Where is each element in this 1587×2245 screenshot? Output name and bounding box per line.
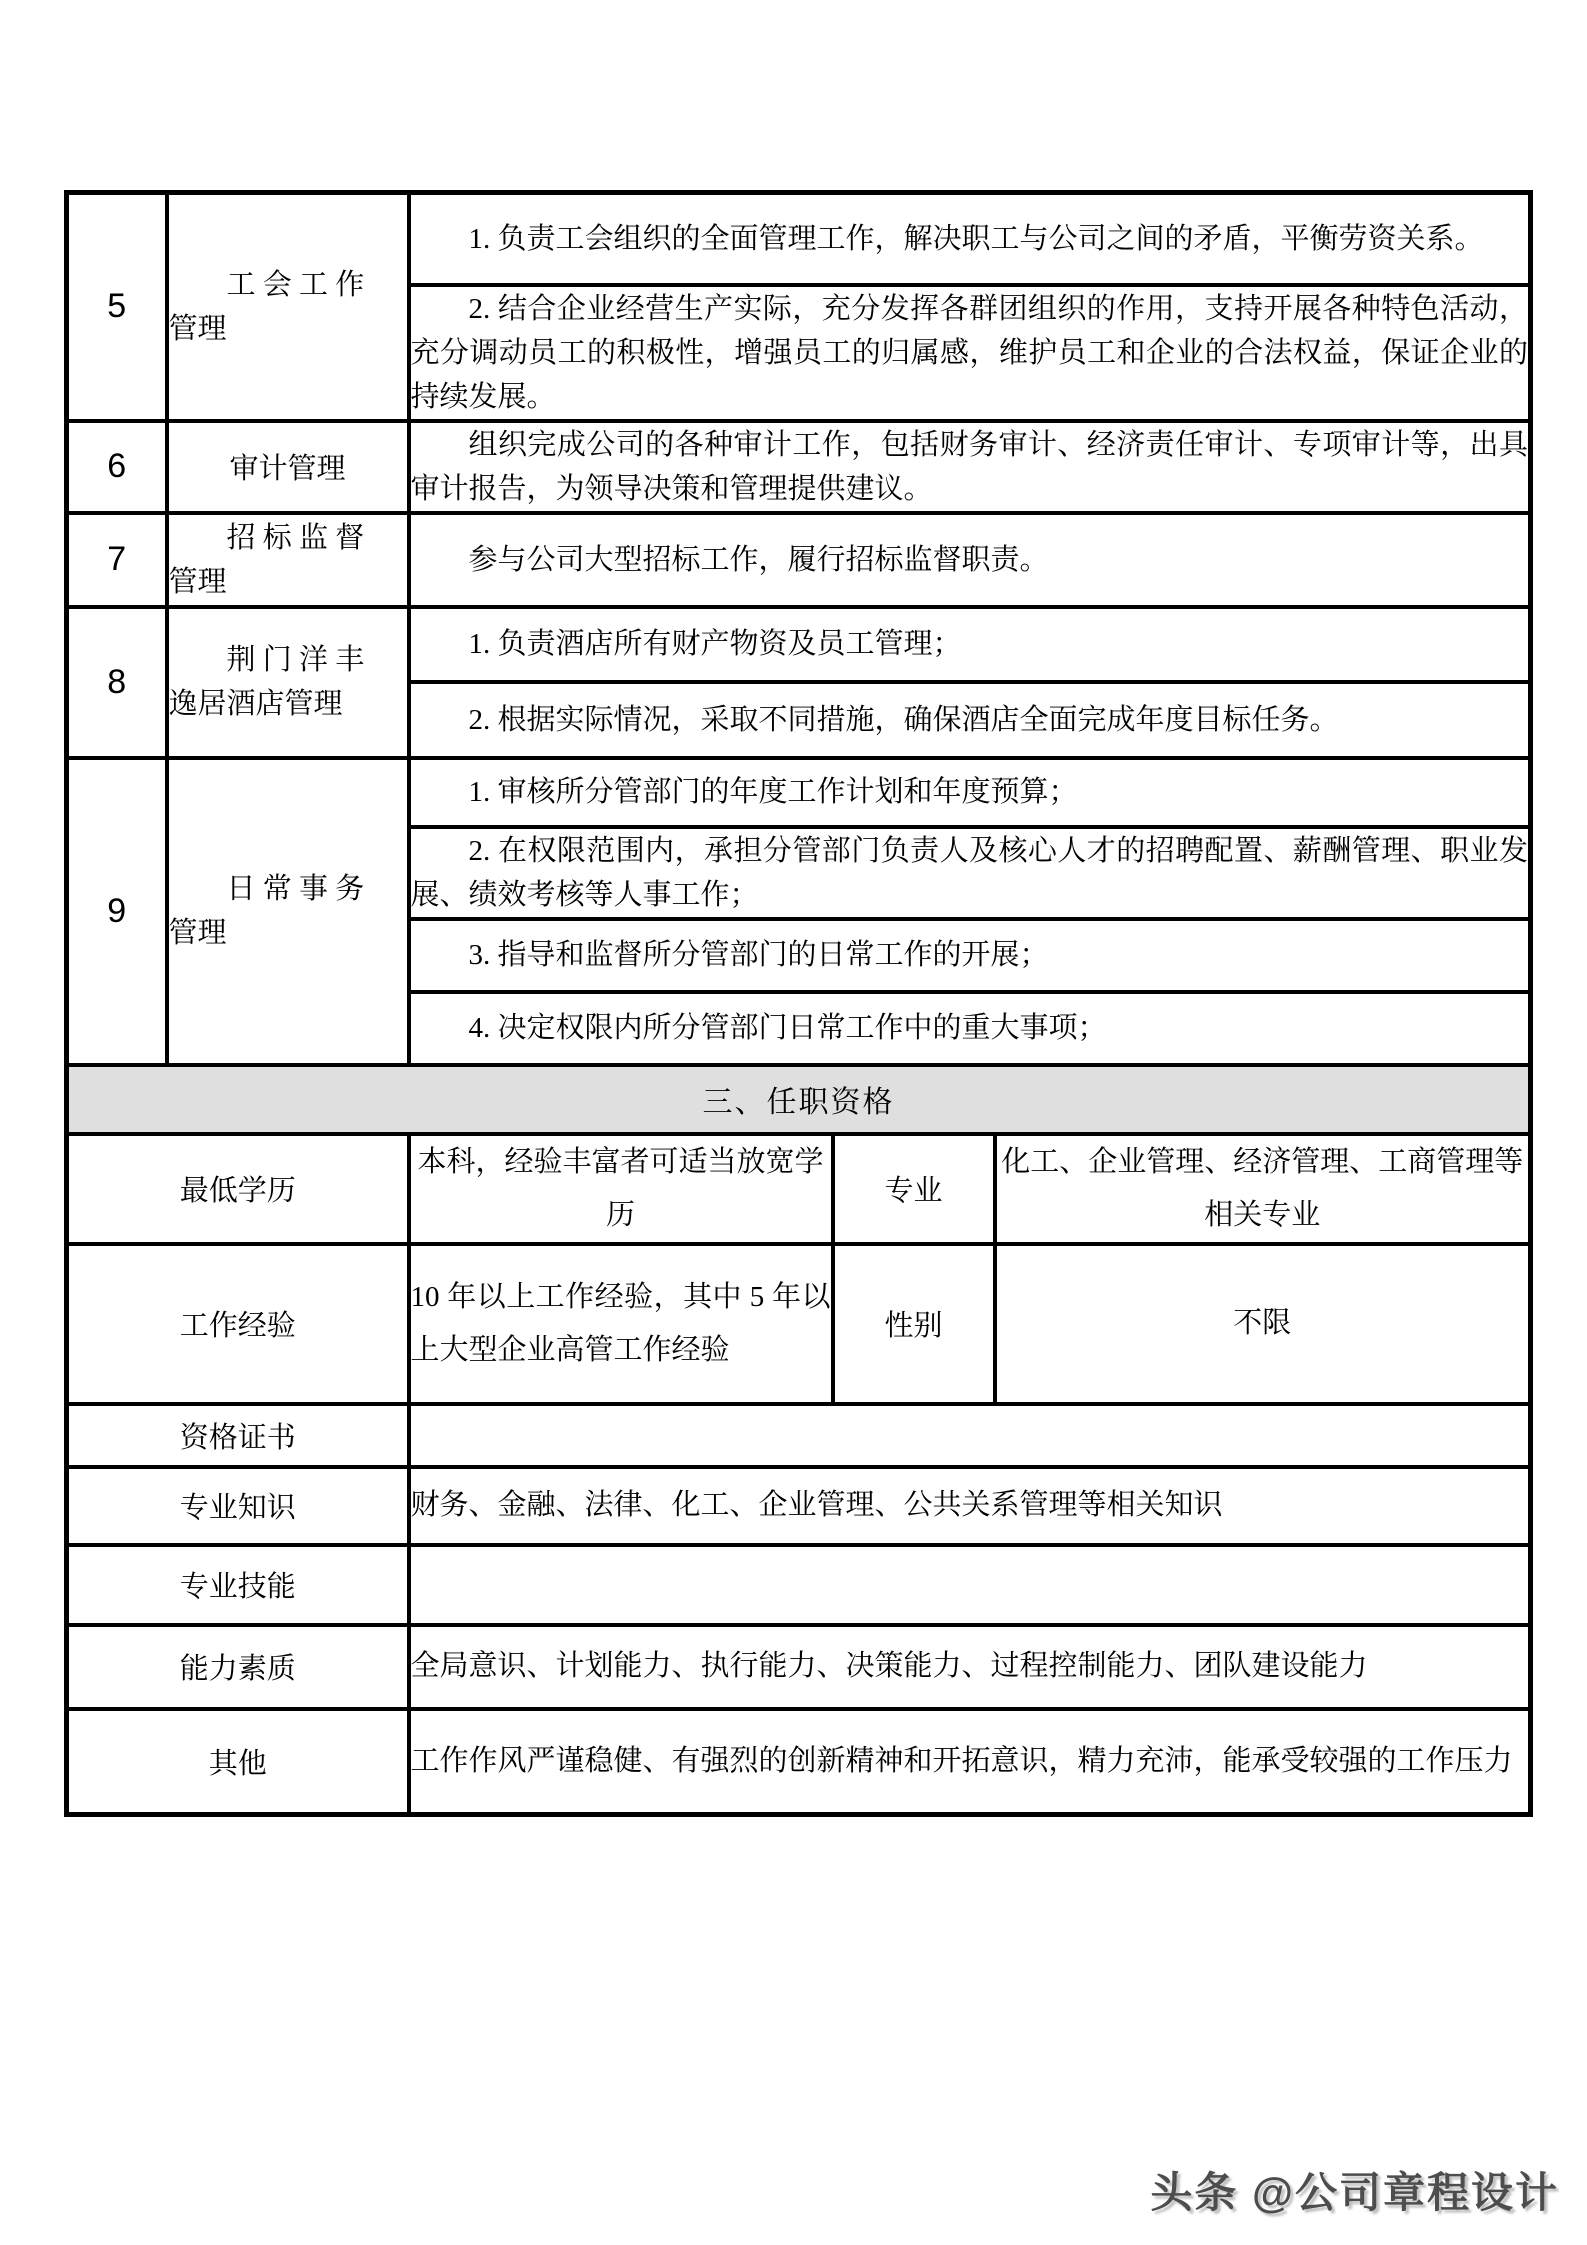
competency-label: 能力素质 xyxy=(67,1625,409,1709)
job-description-table: 5 工 会 工 作 管理 1. 负责工会组织的全面管理工作，解决职工与公司之间的… xyxy=(64,190,1533,1817)
row5-number: 5 xyxy=(67,193,167,421)
other-label: 其他 xyxy=(67,1709,409,1815)
section-header-qualifications: 三、任职资格 xyxy=(67,1065,1531,1134)
gender-value: 不限 xyxy=(995,1244,1531,1404)
certificate-label: 资格证书 xyxy=(67,1404,409,1467)
row9-duty-4: 4. 决定权限内所分管部门日常工作中的重大事项； xyxy=(409,992,1531,1065)
row8-duty-1: 1. 负责酒店所有财产物资及员工管理； xyxy=(409,607,1531,682)
row9-duty-2: 2. 在权限范围内，承担分管部门负责人及核心人才的招聘配置、薪酬管理、职业发展、… xyxy=(409,827,1531,919)
row8-duty-2: 2. 根据实际情况，采取不同措施，确保酒店全面完成年度目标任务。 xyxy=(409,682,1531,758)
row9-duty-1: 1. 审核所分管部门的年度工作计划和年度预算； xyxy=(409,758,1531,827)
major-value: 化工、企业管理、经济管理、工商管理等相关专业 xyxy=(995,1134,1531,1244)
competency-value: 全局意识、计划能力、执行能力、决策能力、过程控制能力、团队建设能力 xyxy=(409,1625,1531,1709)
row7-number: 7 xyxy=(67,513,167,607)
row7-category: 招 标 监 督 管理 xyxy=(167,513,409,607)
other-value: 工作作风严谨稳健、有强烈的创新精神和开拓意识，精力充沛，能承受较强的工作压力 xyxy=(409,1709,1531,1815)
row9-number: 9 xyxy=(67,758,167,1065)
row5-category-line1: 工 会 工 作 xyxy=(169,263,407,307)
skills-value xyxy=(409,1545,1531,1625)
experience-value: 10 年以上工作经验，其中 5 年以上大型企业高管工作经验 xyxy=(409,1244,833,1404)
row6-number: 6 xyxy=(67,421,167,513)
row5-duty-1: 1. 负责工会组织的全面管理工作，解决职工与公司之间的矛盾，平衡劳资关系。 xyxy=(409,193,1531,285)
row7-category-line1: 招 标 监 督 xyxy=(169,516,407,560)
knowledge-value: 财务、金融、法律、化工、企业管理、公共关系管理等相关知识 xyxy=(409,1467,1531,1545)
row7-duty-1: 参与公司大型招标工作，履行招标监督职责。 xyxy=(409,513,1531,607)
row5-category: 工 会 工 作 管理 xyxy=(167,193,409,421)
row5-category-line2: 管理 xyxy=(169,307,407,351)
row8-number: 8 xyxy=(67,607,167,758)
row6-duty-1: 组织完成公司的各种审计工作，包括财务审计、经济责任审计、专项审计等，出具审计报告… xyxy=(409,421,1531,513)
row9-category-line1: 日 常 事 务 xyxy=(169,867,407,911)
row5-duty-2: 2. 结合企业经营生产实际，充分发挥各群团组织的作用，支持开展各种特色活动，充分… xyxy=(409,285,1531,421)
row7-category-line2: 管理 xyxy=(169,560,407,604)
row9-category: 日 常 事 务 管理 xyxy=(167,758,409,1065)
gender-label: 性别 xyxy=(833,1244,995,1404)
min-education-value: 本科，经验丰富者可适当放宽学历 xyxy=(409,1134,833,1244)
row9-duty-3: 3. 指导和监督所分管部门的日常工作的开展； xyxy=(409,919,1531,992)
row9-category-line2: 管理 xyxy=(169,911,407,955)
document-page: 5 工 会 工 作 管理 1. 负责工会组织的全面管理工作，解决职工与公司之间的… xyxy=(0,0,1587,2245)
row6-category: 审计管理 xyxy=(167,421,409,513)
row8-category-line1: 荆 门 洋 丰 xyxy=(169,638,407,682)
major-label: 专业 xyxy=(833,1134,995,1244)
experience-label: 工作经验 xyxy=(67,1244,409,1404)
min-education-label: 最低学历 xyxy=(67,1134,409,1244)
certificate-value xyxy=(409,1404,1531,1467)
row8-category-line2: 逸居酒店管理 xyxy=(169,682,407,726)
row8-category: 荆 门 洋 丰 逸居酒店管理 xyxy=(167,607,409,758)
toutiao-watermark: 头条 @公司章程设计 xyxy=(1150,2160,1559,2220)
skills-label: 专业技能 xyxy=(67,1545,409,1625)
knowledge-label: 专业知识 xyxy=(67,1467,409,1545)
